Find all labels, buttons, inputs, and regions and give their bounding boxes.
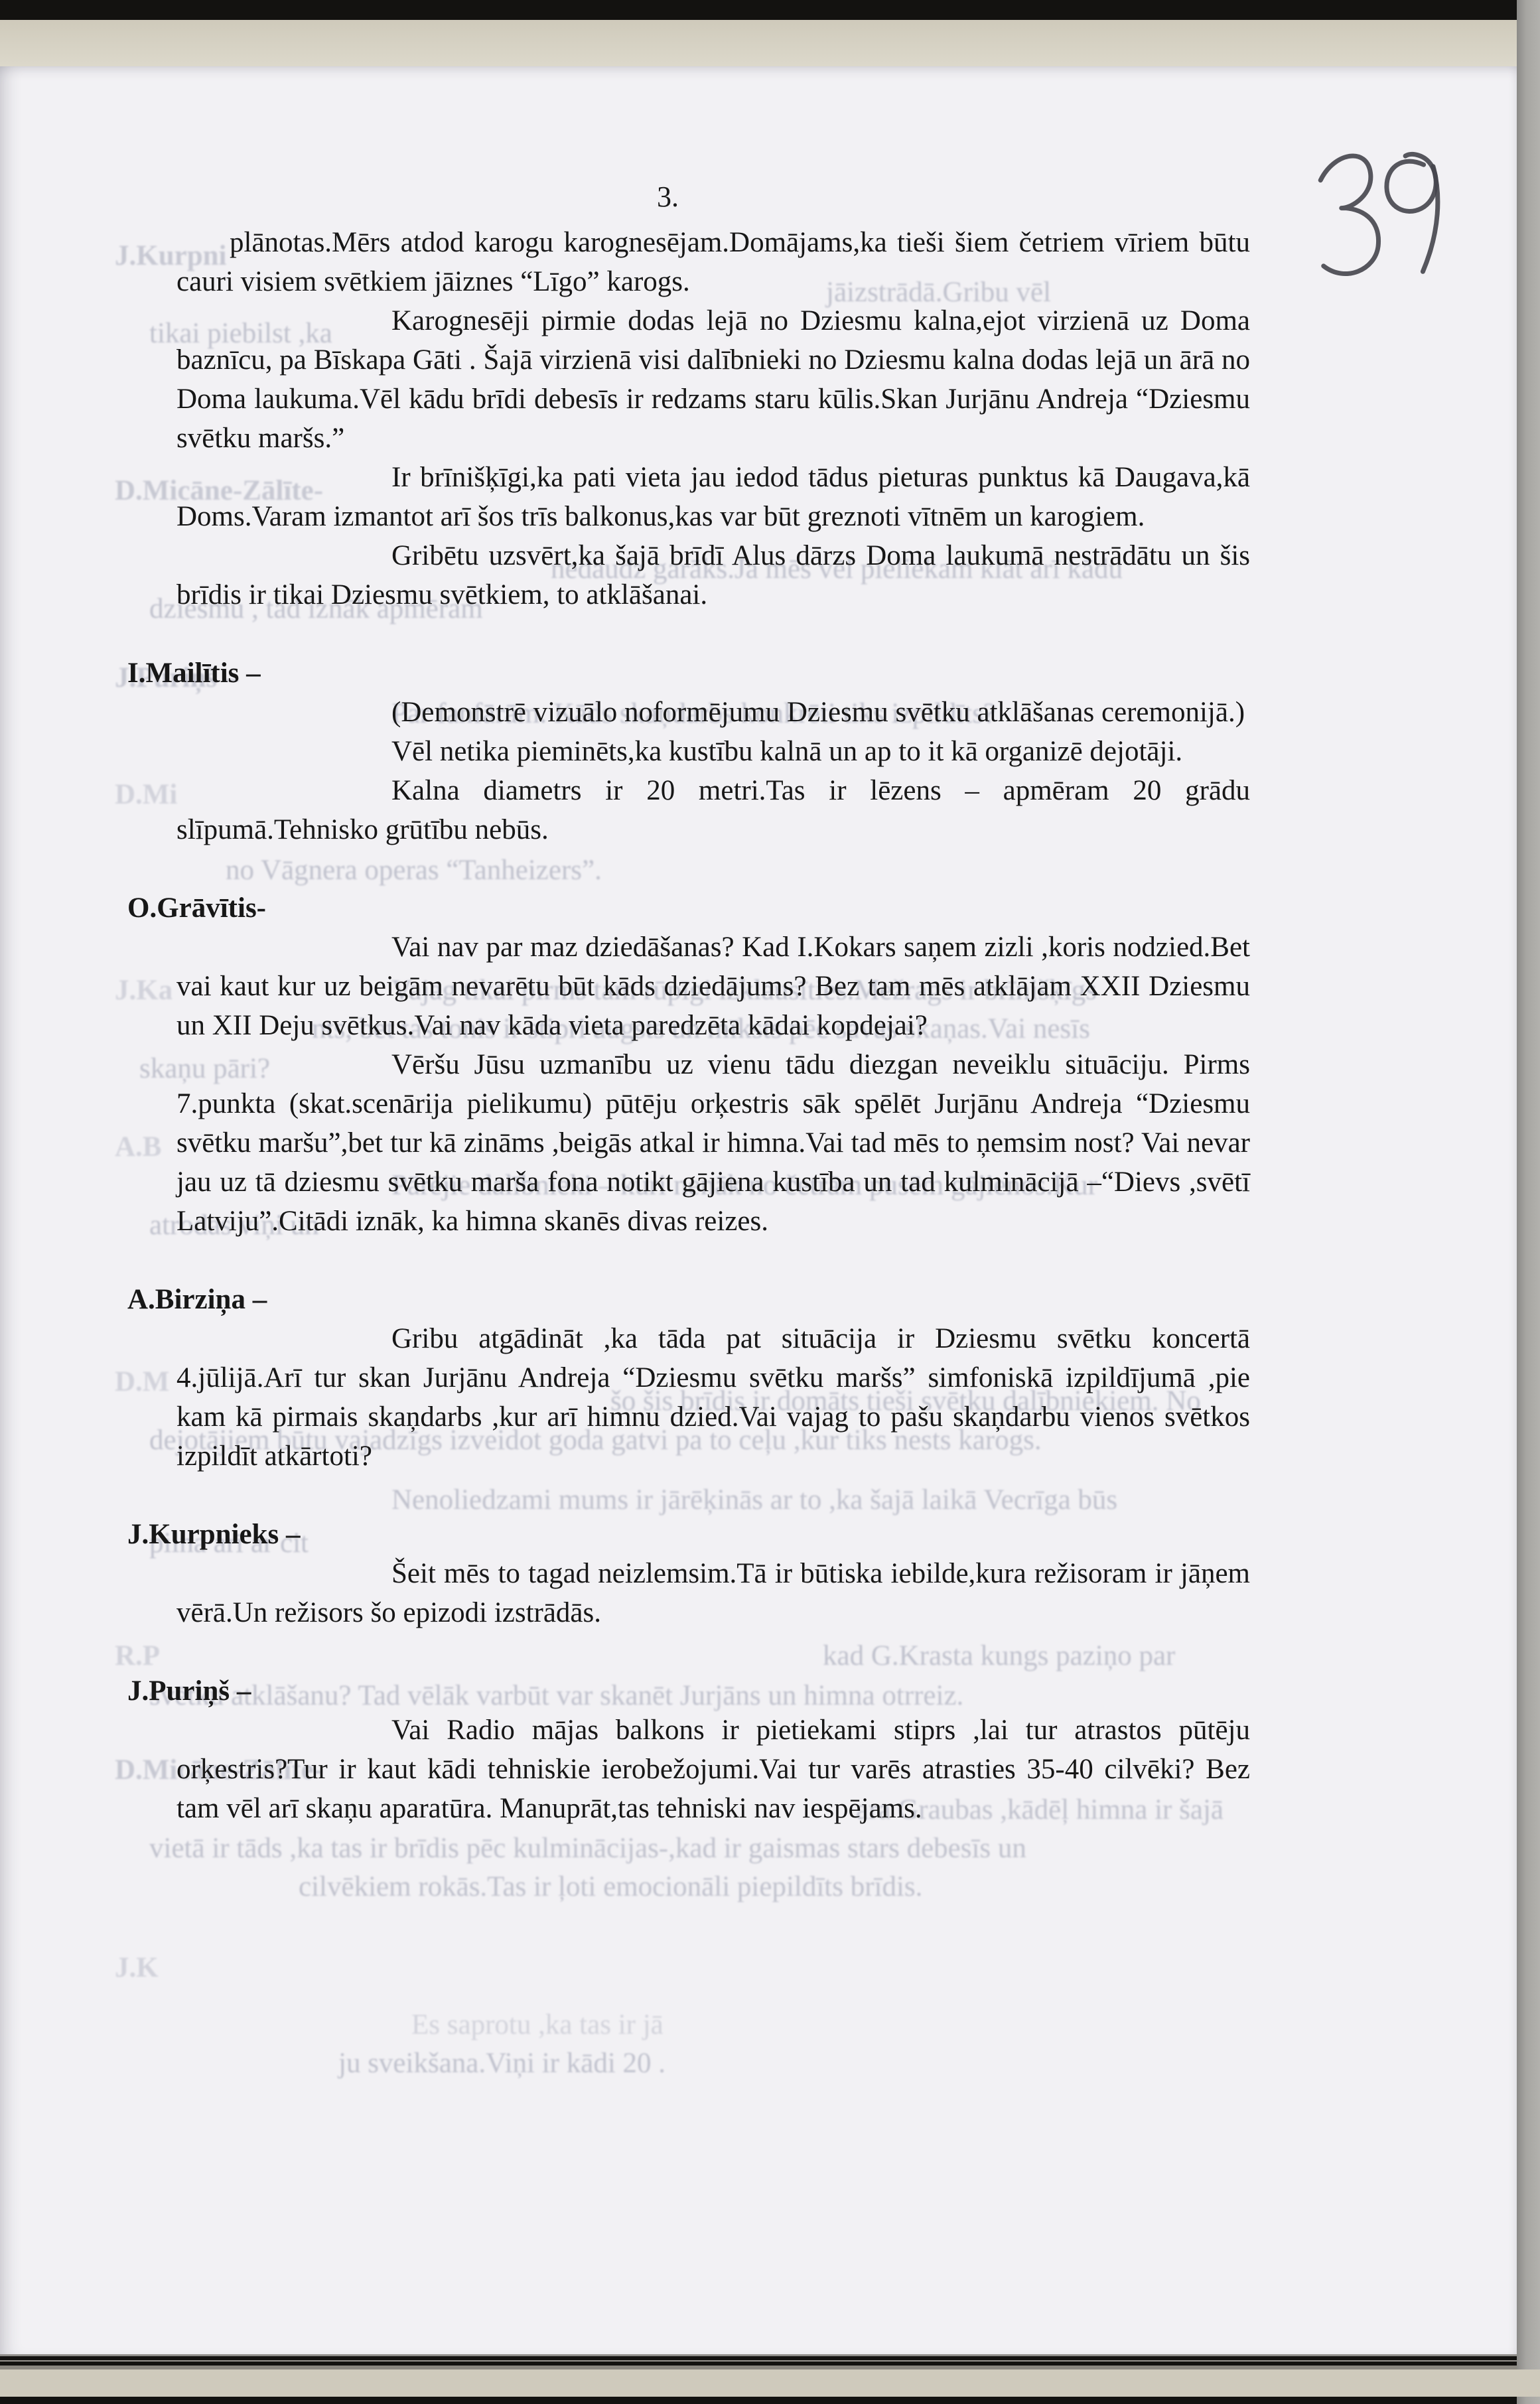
speech-para: Ir brīnišķīgi,ka pati vieta jau iedod tā… [176, 458, 1250, 536]
scanned-document: J.Kurpni jāizstrādā.Gribu vēl tikai pieb… [0, 0, 1540, 2404]
speech-para: Gribētu uzsvērt,ka šajā brīdī Alus dārzs… [176, 536, 1250, 614]
scanner-bed-right-strip [1517, 0, 1540, 2404]
speaker-label-mailitis: I.Mailītis – [127, 654, 1250, 693]
bleedthrough-text: vietā ir tāds ,ka tas ir brīdis pēc kulm… [149, 1829, 1026, 1868]
speech-para: plānotas.Mērs atdod karogu karognesējam.… [176, 223, 1250, 301]
speaker-label-purins: J.Puriņš – [127, 1671, 1250, 1711]
handwritten-page-number: 39 [1279, 109, 1476, 307]
transcript: plānotas.Mērs atdod karogu karognesējam.… [176, 223, 1250, 1828]
speech-para: Vai nav par maz dziedāšanas? Kad I.Kokar… [176, 928, 1250, 1045]
speech-para: (Demonstrē vizuālo noformējumu Dziesmu s… [176, 693, 1250, 732]
bleedthrough-text: D.Mi [115, 775, 177, 814]
speech-para: Vai Radio mājas balkons ir pietiekami st… [176, 1711, 1250, 1828]
speaker-label-kurpnieks: J.Kurpnieks – [127, 1515, 1250, 1554]
speaker-label-birzina: A.Birziņa – [127, 1280, 1250, 1319]
bleedthrough-text: ju sveikšana.Viņi ir kādi 20 . [338, 2044, 665, 2083]
bleedthrough-text: D.M [115, 1362, 169, 1401]
scanner-bed-top-strip [0, 20, 1517, 66]
page-edge-line [0, 2360, 1517, 2362]
bleedthrough-text: cilvēkiem rokās.Tas ir ļoti emocionāli p… [299, 1867, 922, 1906]
bleedthrough-text: J.K [115, 1948, 159, 1987]
speech-para: Gribu atgādināt ,ka tāda pat situācija i… [176, 1319, 1250, 1476]
speaker-label-gravitis: O.Grāvītis- [127, 888, 1250, 928]
speech-para: Karognesēji pirmie dodas lejā no Dziesmu… [176, 301, 1250, 458]
bleedthrough-text: R.P [115, 1636, 160, 1675]
speech-para: Vēl netika pieminēts,ka kustību kalnā un… [176, 732, 1250, 771]
bleedthrough-text: A.B [115, 1127, 161, 1167]
scanner-bed-bottom-strip [0, 2369, 1540, 2397]
page-number: 3. [657, 180, 679, 214]
page-sheet: J.Kurpni jāizstrādā.Gribu vēl tikai pieb… [0, 66, 1517, 2354]
speech-para: Kalna diametrs ir 20 metri.Tas ir lēzens… [176, 771, 1250, 849]
page-edge-line [0, 2354, 1517, 2356]
speech-para: Vēršu Jūsu uzmanību uz vienu tādu diezga… [176, 1045, 1250, 1241]
bleedthrough-text: Es saprotu ,ka tas ir jā [411, 2005, 664, 2044]
bleedthrough-text: J.Ka [115, 971, 173, 1010]
speech-para: Šeit mēs to tagad neizlemsim.Tā ir būtis… [176, 1554, 1250, 1632]
